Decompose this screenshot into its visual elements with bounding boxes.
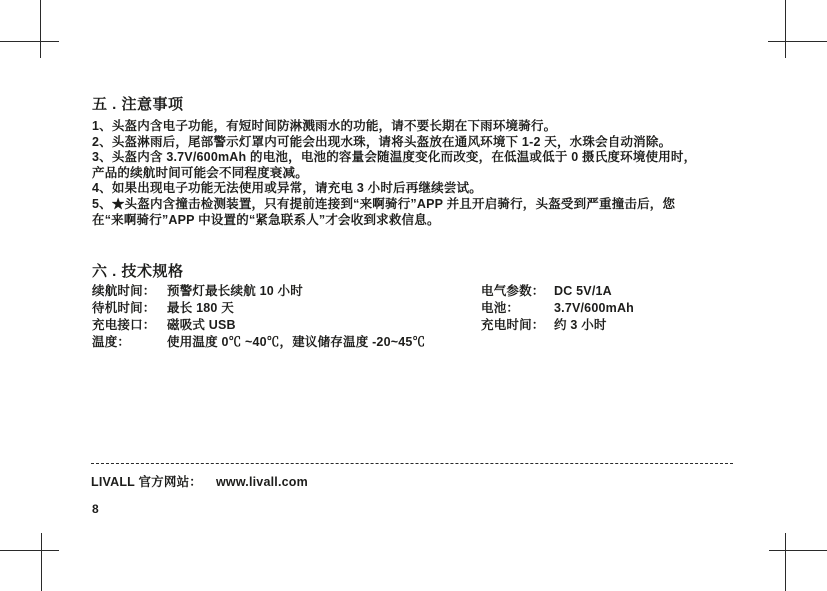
spec-row-electrical-parameters: 电气参数： DC 5V/1A: [481, 283, 751, 300]
spec-row-battery: 电池： 3.7V/600mAh: [481, 300, 751, 317]
spec-label: 充电接口：: [92, 317, 167, 334]
spec-value: 最长 180 天: [167, 300, 234, 317]
specs-section-title: 六 . 技术规格: [92, 260, 184, 281]
manual-page: 五 . 注意事项 1、头盔内含电子功能，有短时间防淋溅雨水的功能，请不要长期在下…: [0, 0, 827, 591]
footer-website: LIVALL 官方网站：www.livall.com: [91, 472, 308, 490]
footer-divider: [91, 463, 733, 464]
spec-label: 充电时间：: [481, 317, 554, 334]
crop-mark-top-left-horizontal: [0, 41, 59, 42]
spec-row-charging-time: 充电时间： 约 3 小时: [481, 317, 751, 334]
notes-section-title: 五 . 注意事项: [92, 93, 184, 114]
crop-mark-top-left-vertical: [40, 0, 41, 58]
crop-mark-bottom-right-vertical: [785, 533, 786, 591]
crop-mark-top-right-vertical: [785, 0, 786, 58]
spec-row-battery-life: 续航时间： 预警灯最长续航 10 小时: [92, 283, 477, 300]
spec-label: 电池：: [481, 300, 554, 317]
crop-mark-bottom-right-horizontal: [769, 550, 827, 551]
notes-list: 1、头盔内含电子功能，有短时间防淋溅雨水的功能，请不要长期在下雨环境骑行。 2、…: [92, 119, 752, 228]
website-url: www.livall.com: [216, 475, 308, 489]
note-line-3-cont: 产品的续航时间可能会不同程度衰减。: [92, 166, 752, 182]
spec-label: 电气参数：: [481, 283, 554, 300]
spec-value: 磁吸式 USB: [167, 317, 236, 334]
page-number: 8: [92, 502, 99, 516]
note-line-3: 3、头盔内含 3.7V/600mAh 的电池，电池的容量会随温度变化而改变，在低…: [92, 150, 752, 166]
spec-value: 使用温度 0℃ ~40℃，建议储存温度 -20~45℃: [167, 334, 425, 351]
spec-value: 3.7V/600mAh: [554, 300, 634, 317]
spec-row-standby-time: 待机时间： 最长 180 天: [92, 300, 477, 317]
specs-right-column: 电气参数： DC 5V/1A 电池： 3.7V/600mAh 充电时间： 约 3…: [481, 283, 751, 334]
website-label: LIVALL 官方网站：: [91, 475, 202, 489]
note-line-5-cont: 在“来啊骑行”APP 中设置的“紧急联系人”才会收到求救信息。: [92, 213, 752, 229]
note-line-2: 2、头盔淋雨后，尾部警示灯罩内可能会出现水珠，请将头盔放在通风环境下 1-2 天…: [92, 135, 752, 151]
note-line-4: 4、如果出现电子功能无法使用或异常，请充电 3 小时后再继续尝试。: [92, 181, 752, 197]
spec-row-charging-port: 充电接口： 磁吸式 USB: [92, 317, 477, 334]
note-line-5: 5、★头盔内含撞击检测装置，只有提前连接到“来啊骑行”APP 并且开启骑行，头盔…: [92, 197, 752, 213]
crop-mark-bottom-left-vertical: [41, 533, 42, 591]
spec-label: 温度：: [92, 334, 167, 351]
spec-value: DC 5V/1A: [554, 283, 612, 300]
spec-value: 预警灯最长续航 10 小时: [167, 283, 303, 300]
spec-row-temperature: 温度： 使用温度 0℃ ~40℃，建议储存温度 -20~45℃: [92, 334, 477, 351]
specs-left-column: 续航时间： 预警灯最长续航 10 小时 待机时间： 最长 180 天 充电接口：…: [92, 283, 477, 351]
spec-label: 待机时间：: [92, 300, 167, 317]
note-line-1: 1、头盔内含电子功能，有短时间防淋溅雨水的功能，请不要长期在下雨环境骑行。: [92, 119, 752, 135]
crop-mark-top-right-horizontal: [768, 41, 827, 42]
spec-value: 约 3 小时: [554, 317, 607, 334]
spec-label: 续航时间：: [92, 283, 167, 300]
crop-mark-bottom-left-horizontal: [0, 550, 59, 551]
